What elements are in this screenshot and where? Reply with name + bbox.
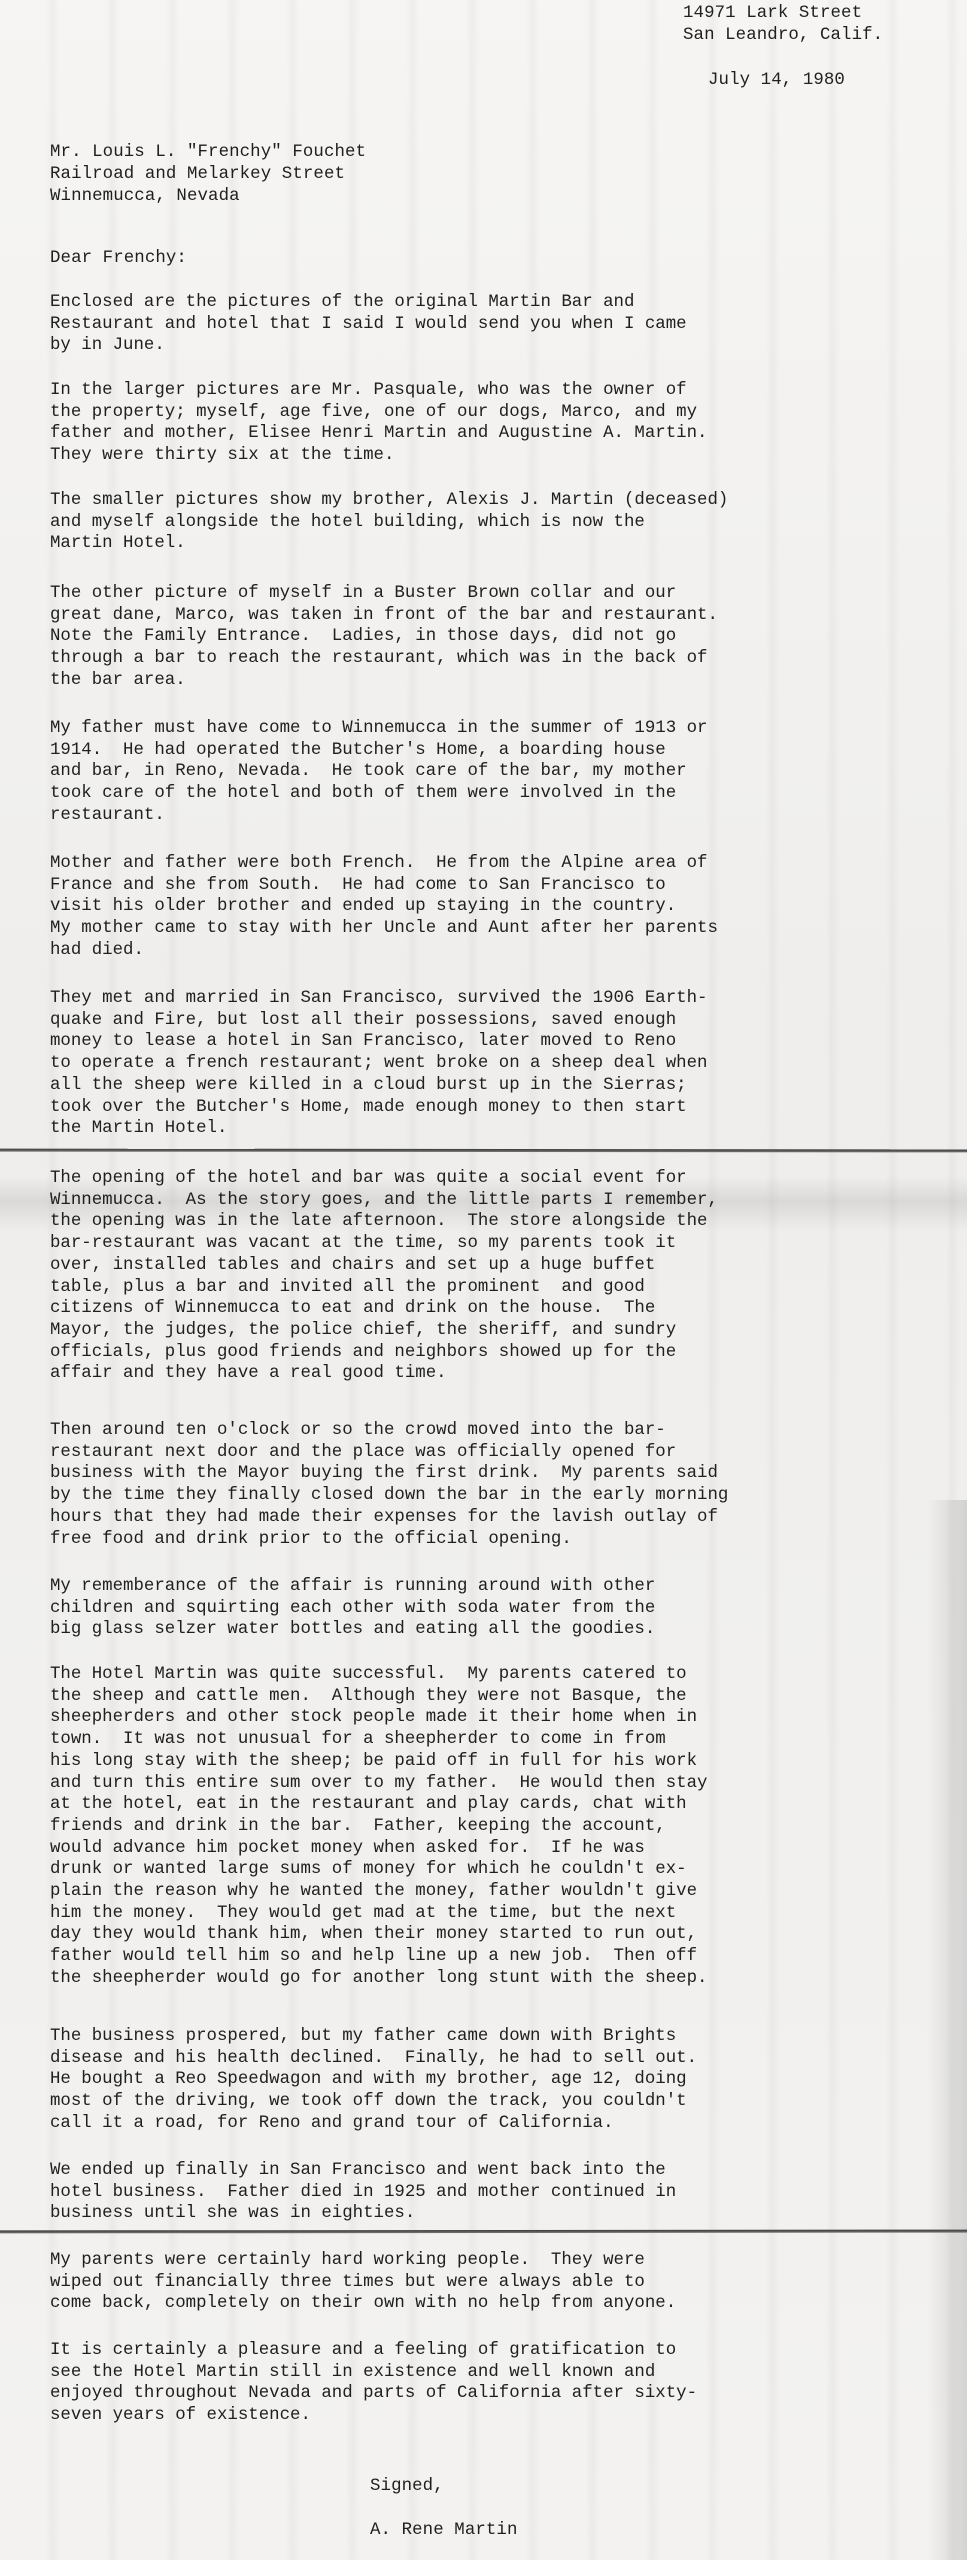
closing: Signed, xyxy=(370,2476,444,2498)
body-paragraph: It is certainly a pleasure and a feeling… xyxy=(50,2340,697,2427)
body-paragraph: Enclosed are the pictures of the origina… xyxy=(50,292,687,357)
recipient-name: Mr. Louis L. "Frenchy" Fouchet xyxy=(50,142,366,164)
body-paragraph: The business prospered, but my father ca… xyxy=(50,2026,697,2135)
recipient-street: Railroad and Melarkey Street xyxy=(50,164,345,186)
letter-date: July 14, 1980 xyxy=(708,70,845,92)
signature: A. Rene Martin xyxy=(370,2520,518,2542)
page-edge-shadow xyxy=(927,1500,967,2560)
body-paragraph: They met and married in San Francisco, s… xyxy=(50,988,707,1140)
body-paragraph: The other picture of myself in a Buster … xyxy=(50,583,718,692)
sender-address-line-1: 14971 Lark Street xyxy=(683,3,862,25)
body-paragraph: In the larger pictures are Mr. Pasquale,… xyxy=(50,380,707,467)
recipient-city: Winnemucca, Nevada xyxy=(50,186,240,208)
body-paragraph: Then around ten o'clock or so the crowd … xyxy=(50,1420,728,1550)
sender-address-line-2: San Leandro, Calif. xyxy=(683,25,883,47)
body-paragraph: We ended up finally in San Francisco and… xyxy=(50,2160,676,2225)
body-paragraph: My rememberance of the affair is running… xyxy=(50,1576,655,1641)
body-paragraph: My parents were certainly hard working p… xyxy=(50,2250,676,2315)
body-paragraph: The Hotel Martin was quite successful. M… xyxy=(50,1664,707,1990)
salutation: Dear Frenchy: xyxy=(50,248,187,270)
body-paragraph: The smaller pictures show my brother, Al… xyxy=(50,490,728,555)
body-paragraph: Mother and father were both French. He f… xyxy=(50,853,718,962)
body-paragraph: The opening of the hotel and bar was qui… xyxy=(50,1168,718,1385)
body-paragraph: My father must have come to Winnemucca i… xyxy=(50,718,707,827)
